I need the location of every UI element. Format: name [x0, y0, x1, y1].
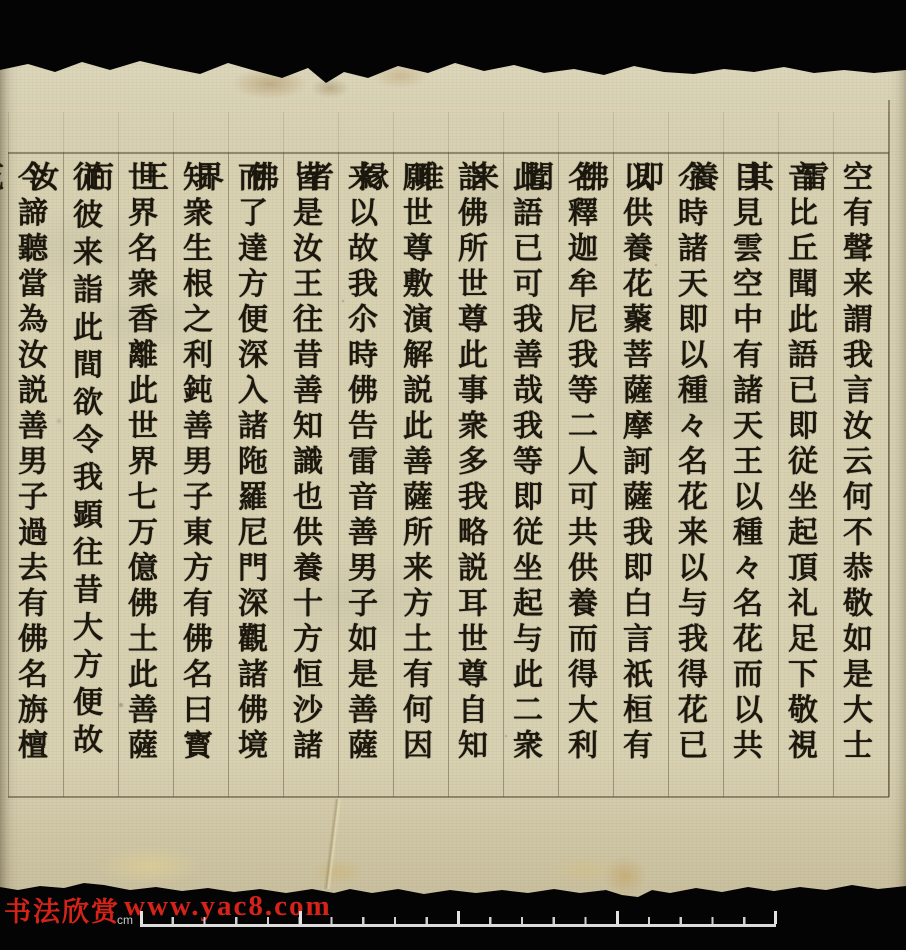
- text-column-15: 従彼来詣此間欲令我顕往昔大方便故汝: [63, 152, 118, 797]
- column-grid-lines-margin: [8, 112, 890, 152]
- ink-specks: [0, 0, 2, 2]
- ruler-major-tick-15: [616, 911, 619, 924]
- top-margin-rule: [8, 152, 889, 154]
- paper-stains: [0, 0, 906, 950]
- ruler-major-tick-20: [774, 911, 777, 924]
- text-column-14: 世界名衆香離此世界七万億佛土此善薩而: [118, 152, 173, 797]
- ruler-major-tick-5: [299, 911, 302, 924]
- watermark-site-name: 书法欣赏: [4, 890, 120, 929]
- text-column-12: 而了達方便深入諸陁羅尼門深觀諸佛境界: [228, 152, 283, 797]
- paper-crease: [322, 799, 342, 889]
- text-column-5: 以供養花藂菩薩摩訶薩我即白言祇桓有佛: [613, 152, 668, 797]
- ruler-baseline: [140, 924, 776, 927]
- text-column-16: 今諦聽當為汝説善男子過去有佛名旃檀花: [8, 152, 63, 797]
- text-column-2: 音比丘聞此語已即従坐起頂礼足下敬視其: [778, 152, 833, 797]
- text-column-1: 空有聲来謂我言汝云何不恭敬如是大士雷: [833, 152, 888, 797]
- manuscript-paper: 空有聲来謂我言汝云何不恭敬如是大士雷 音比丘聞此語已即従坐起頂礼足下敬視其 目見…: [0, 0, 906, 950]
- text-column-11: 皆是汝王往昔善知識也供養十方恒沙諸佛: [283, 152, 338, 797]
- text-column-9: 願世尊敷演解説此善薩所来方土有何因縁: [393, 152, 448, 797]
- text-column-3: 目見雲空中有諸天王以種々名花而以共養: [723, 152, 778, 797]
- bottom-margin-rule: [8, 796, 889, 798]
- text-column-8: 詣佛所世尊此事衆多我略説耳世尊自知唯: [448, 152, 503, 797]
- text-column-4: 尒時諸天即以種々名花来以与我得花已即: [668, 152, 723, 797]
- text-column-10: 来以故我尒時佛告雷音善男子如是善薩者: [338, 152, 393, 797]
- right-margin-rule: [888, 100, 890, 797]
- text-column-7: 此語已可我善哉我等即従坐起与此二衆来: [503, 152, 558, 797]
- ruler-major-tick-10: [457, 911, 460, 924]
- ruler-unit-label: cm: [117, 913, 133, 927]
- screenshot-root: 空有聲来謂我言汝云何不恭敬如是大士雷 音比丘聞此語已即従坐起頂礼足下敬視其 目見…: [0, 0, 906, 950]
- ruler-major-tick-0: [140, 911, 143, 924]
- column-grid-lines: [8, 152, 890, 797]
- paper-texture: [0, 0, 906, 950]
- text-column-13: 知衆生根之利鈍善男子東方有佛名曰寳王: [173, 152, 228, 797]
- text-column-6: 名釋迦牟尼我等二人可共供養而得大利聞: [558, 152, 613, 797]
